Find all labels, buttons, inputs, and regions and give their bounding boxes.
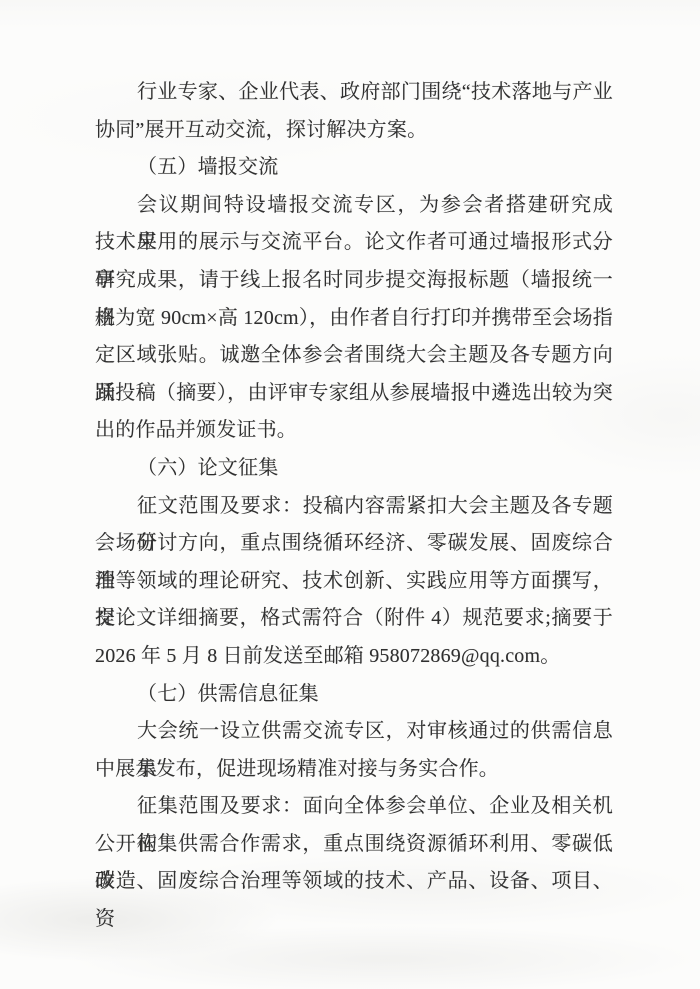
text-line: 大会统一设立供需交流专区，对审核通过的供需信息集: [95, 713, 613, 751]
text-line: 征文范围及要求：投稿内容需紧扣大会主题及各专题分: [95, 488, 613, 526]
document-page: 行业专家、企业代表、政府部门围绕“技术落地与产业 协同”展开互动交流，探讨解决方…: [0, 0, 700, 989]
document-body: 行业专家、企业代表、政府部门围绕“技术落地与产业 协同”展开互动交流，探讨解决方…: [95, 74, 613, 901]
text-line: 定区域张贴。诚邀全体参会者围绕大会主题及各专题方向踊: [95, 337, 613, 375]
section-heading: （七）供需信息征集: [95, 676, 613, 714]
text-line-email: 2026 年 5 月 8 日前发送至邮箱 958072869@qq.com。: [95, 638, 613, 676]
text-line: 交论文详细摘要，格式需符合（附件 4）规范要求;摘要于: [95, 600, 613, 638]
text-line: 出的作品并颁发证书。: [95, 412, 613, 450]
text-line: 会场研讨方向，重点围绕循环经济、零碳发展、固废综合治: [95, 525, 613, 563]
section-heading: （五）墙报交流: [95, 149, 613, 187]
text-line: 格为宽 90cm×高 120cm），由作者自行打印并携带至会场指: [95, 300, 613, 338]
text-line: 中展示发布，促进现场精准对接与务实合作。: [95, 751, 613, 789]
text-line: 跃投稿（摘要），由评审专家组从参展墙报中遴选出较为突: [95, 375, 613, 413]
text-line: 征集范围及要求：面向全体参会单位、企业及相关机构: [95, 788, 613, 826]
text-line: 技术应用的展示与交流平台。论文作者可通过墙报形式分享: [95, 224, 613, 262]
text-line: 理等领域的理论研究、技术创新、实践应用等方面撰写，提: [95, 563, 613, 601]
text-line: 改造、固废综合治理等领域的技术、产品、设备、项目、资: [95, 863, 613, 901]
text-line: 协同”展开互动交流，探讨解决方案。: [95, 112, 613, 150]
text-line: 研究成果，请于线上报名时同步提交海报标题（墙报统一规: [95, 262, 613, 300]
text-line: 行业专家、企业代表、政府部门围绕“技术落地与产业: [95, 74, 613, 112]
text-line: 公开征集供需合作需求，重点围绕资源循环利用、零碳低碳: [95, 826, 613, 864]
section-heading: （六）论文征集: [95, 450, 613, 488]
text-line: 会议期间特设墙报交流专区，为参会者搭建研究成果、: [95, 187, 613, 225]
